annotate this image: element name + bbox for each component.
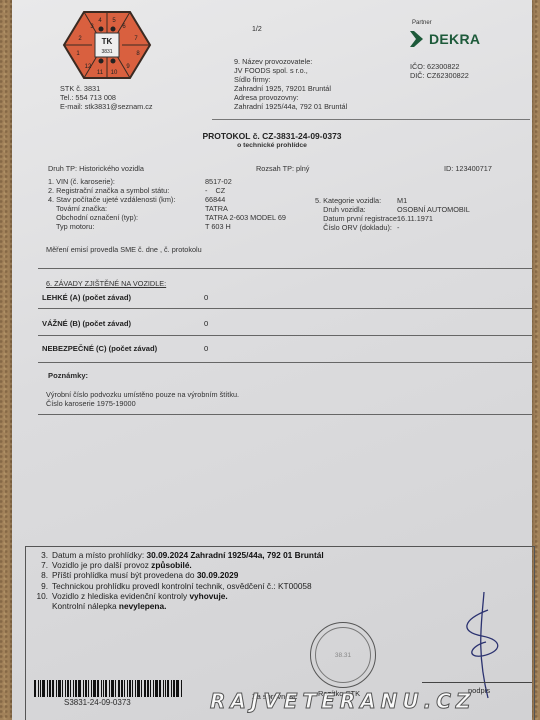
signature-line xyxy=(422,682,532,683)
item-text: Technickou prohlídku provedl kontrolní t… xyxy=(52,581,312,591)
divider xyxy=(212,119,530,120)
defect-row-dangerous: NEBEZPEČNÉ (C) (počet závad) 0 xyxy=(42,344,532,353)
item-number: 9. xyxy=(34,581,48,591)
svg-text:12: 12 xyxy=(85,64,92,70)
company-ids: IČO: 62300822 DIČ: CZ62300822 xyxy=(410,62,469,80)
verdict-list: 3.Datum a místo prohlídky: 30.09.2024 Za… xyxy=(34,550,324,611)
vehicle-field: 5. Kategorie vozidla:M1 xyxy=(315,196,470,205)
item-number: 7. xyxy=(34,560,48,570)
operator-name: JV FOODS spol. s r.o., xyxy=(234,66,347,75)
verdict-item: 7.Vozidlo je pro další provoz způsobilé. xyxy=(34,560,324,570)
inspection-protocol-document: TK 3831 45 36 27 18 129 1110 STK č. 3831… xyxy=(12,0,532,720)
protocol-subtitle: o technické prohlídce xyxy=(12,142,532,149)
operator-info: 9. Název provozovatele: JV FOODS spol. s… xyxy=(234,57,347,111)
dekra-wordmark: DEKRA xyxy=(429,31,480,47)
field-label: Datum první registrace: xyxy=(315,214,397,223)
svg-text:TK: TK xyxy=(102,37,113,46)
stk-number: STK č. 3831 xyxy=(60,84,153,93)
stamp-number: 38.31 xyxy=(335,652,351,659)
vehicle-field: Typ motoru:T 603 H xyxy=(48,222,286,231)
divider xyxy=(38,308,532,309)
premises-label: Adresa provozovny: xyxy=(234,93,347,102)
item-text: Vozidlo je pro další provoz xyxy=(52,560,151,570)
vehicle-details-left: 1. VIN (č. karoserie):8517-02 2. Registr… xyxy=(48,177,286,231)
field-value: TATRA xyxy=(205,204,228,213)
vehicle-field: 1. VIN (č. karoserie):8517-02 xyxy=(48,177,286,186)
page-number: 1/2 xyxy=(252,26,262,33)
protocol-id: ID: 123400717 xyxy=(444,164,492,173)
verdict-item: 8.Příští prohlídka musí být provedena do… xyxy=(34,570,324,580)
item-number: 10. xyxy=(34,591,48,601)
field-label: 2. Registrační značka a symbol státu: xyxy=(48,186,205,195)
defect-label: LEHKÉ (A) (počet závad) xyxy=(42,293,131,302)
field-value: OSOBNÍ AUTOMOBIL xyxy=(397,205,470,214)
vehicle-field: Druh vozidla:OSOBNÍ AUTOMOBIL xyxy=(315,205,470,214)
svg-text:11: 11 xyxy=(97,70,104,76)
defect-row-light: LEHKÉ (A) (počet závad) 0 xyxy=(42,293,532,302)
verdict-item: Kontrolní nálepka nevylepena. xyxy=(34,601,324,611)
divider xyxy=(38,362,532,363)
defect-count: 0 xyxy=(204,293,208,302)
item-text: Datum a místo prohlídky: xyxy=(52,550,147,560)
dekra-arrow-icon xyxy=(410,31,424,47)
verdict-item: 9.Technickou prohlídku provedl kontrolní… xyxy=(34,581,324,591)
field-label: Druh vozidla: xyxy=(315,205,397,214)
item-text: Kontrolní nálepka xyxy=(52,601,119,611)
item-value: 30.09.2029 xyxy=(197,570,239,580)
stk-hexagon-logo-icon: TK 3831 45 36 27 18 129 1110 xyxy=(62,10,152,80)
field-value: 8517-02 xyxy=(205,177,232,186)
item-text: Příští prohlídka musí být provedena do xyxy=(52,570,197,580)
svg-text:10: 10 xyxy=(111,70,118,76)
divider xyxy=(38,268,532,269)
protocol-title: PROTOKOL č. CZ-3831-24-09-0373 xyxy=(12,131,532,141)
divider xyxy=(38,414,532,415)
defects-title: 6. ZÁVADY ZJIŠTĚNÉ NA VOZIDLE: xyxy=(46,279,166,288)
field-label: 4. Stav počítače ujeté vzdálenosti (km): xyxy=(48,195,205,204)
defect-row-serious: VÁŽNÉ (B) (počet závad) 0 xyxy=(42,319,532,328)
item-value: vyhovuje. xyxy=(189,591,227,601)
note-line: Číslo karoserie 1975-19000 xyxy=(46,399,239,408)
svg-text:3831: 3831 xyxy=(101,49,112,55)
defect-count: 0 xyxy=(204,344,208,353)
item-number: 8. xyxy=(34,570,48,580)
field-value: TATRA 2-603 MODEL 69 xyxy=(205,213,286,222)
item-text: Vozidlo z hlediska evidenční kontroly xyxy=(52,591,189,601)
dic: DIČ: CZ62300822 xyxy=(410,71,469,80)
stk-email: E-mail: stk3831@seznam.cz xyxy=(60,102,153,111)
notes-title: Poznámky: xyxy=(48,371,88,380)
field-value: T 603 H xyxy=(205,222,231,231)
vehicle-field: Datum první registrace:16.11.1971 xyxy=(315,214,470,223)
barcode xyxy=(34,680,216,697)
vehicle-field: 4. Stav počítače ujeté vzdálenosti (km):… xyxy=(48,195,286,204)
stk-contact-info: STK č. 3831 Tel.: 554 713 008 E-mail: st… xyxy=(60,84,153,111)
stk-phone: Tel.: 554 713 008 xyxy=(60,93,153,102)
vehicle-details-right: 5. Kategorie vozidla:M1 Druh vozidla:OSO… xyxy=(315,196,470,232)
field-value: M1 xyxy=(397,196,407,205)
field-label: Číslo ORV (dokladu): xyxy=(315,223,397,232)
notes-text: Výrobní číslo podvozku umístěno pouze na… xyxy=(46,390,239,408)
vehicle-field: Tovární značka:TATRA xyxy=(48,204,286,213)
inspection-type: Druh TP: Historického vozidla xyxy=(48,164,144,173)
signature-icon xyxy=(452,590,512,700)
vehicle-field: Číslo ORV (dokladu):- xyxy=(315,223,470,232)
emissions-note: Měření emisí provedla SME č. dne , č. pr… xyxy=(46,245,202,254)
item-value: 30.09.2024 Zahradní 1925/44a, 792 01 Bru… xyxy=(147,550,324,560)
item-number xyxy=(34,601,48,611)
stk-stamp: 38.31 xyxy=(310,622,376,688)
premises-address: Zahradní 1925/44a, 792 01 Bruntál xyxy=(234,102,347,111)
defect-count: 0 xyxy=(204,319,208,328)
divider xyxy=(38,335,532,336)
watermark: RAJVETERANU.CZ xyxy=(210,689,475,713)
barcode-text: S3831-24-09-0373 xyxy=(64,698,131,707)
seat-label: Sídlo firmy: xyxy=(234,75,347,84)
item-number: 3. xyxy=(34,550,48,560)
dekra-logo: DEKRA xyxy=(410,31,480,47)
defect-label: NEBEZPEČNÉ (C) (počet závad) xyxy=(42,344,157,353)
field-value: 66844 xyxy=(205,195,225,204)
field-label: Tovární značka: xyxy=(48,204,205,213)
verdict-item: 3.Datum a místo prohlídky: 30.09.2024 Za… xyxy=(34,550,324,560)
field-label: 1. VIN (č. karoserie): xyxy=(48,177,205,186)
seat-address: Zahradní 1925, 79201 Bruntál xyxy=(234,84,347,93)
partner-label: Partner xyxy=(412,20,432,26)
item-value: způsobilé. xyxy=(151,560,192,570)
item-value: nevylepena. xyxy=(119,601,167,611)
vehicle-field: Obchodní označení (typ):TATRA 2-603 MODE… xyxy=(48,213,286,222)
field-label: Obchodní označení (typ): xyxy=(48,213,205,222)
field-label: Typ motoru: xyxy=(48,222,205,231)
note-line: Výrobní číslo podvozku umístěno pouze na… xyxy=(46,390,239,399)
field-value: 16.11.1971 xyxy=(397,214,433,223)
verdict-item: 10.Vozidlo z hlediska evidenční kontroly… xyxy=(34,591,324,601)
defect-label: VÁŽNÉ (B) (počet závad) xyxy=(42,319,131,328)
ico: IČO: 62300822 xyxy=(410,62,469,71)
field-value: - CZ xyxy=(205,186,225,195)
field-label: 5. Kategorie vozidla: xyxy=(315,196,397,205)
inspection-scope: Rozsah TP: plný xyxy=(256,164,309,173)
field-value: - xyxy=(397,223,399,232)
vehicle-field: 2. Registrační značka a symbol státu:- C… xyxy=(48,186,286,195)
operator-label: 9. Název provozovatele: xyxy=(234,57,347,66)
